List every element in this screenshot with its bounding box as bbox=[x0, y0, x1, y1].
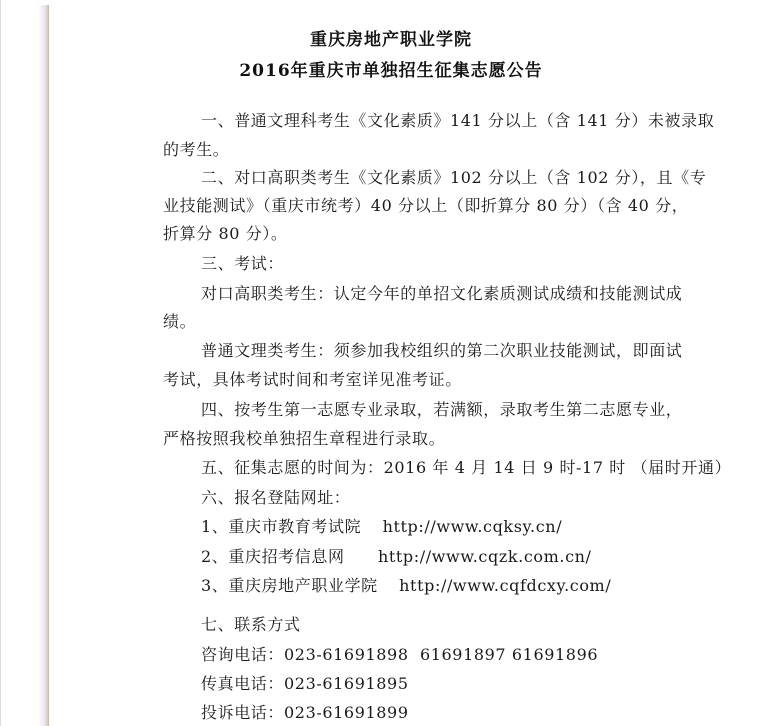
contact-label: 投诉电话： bbox=[201, 703, 284, 722]
website-link-cqfdcxy[interactable]: http://www.cqfdcxy.com/ bbox=[399, 576, 611, 595]
paragraph-line-9: 普通文理类考生：须参加我校组织的第二次职业技能测试，即面试 bbox=[201, 341, 682, 361]
page-shadow-edge bbox=[38, 5, 49, 726]
website-item-1: 1、重庆市教育考试院 http://www.cqksy.cn/ bbox=[201, 517, 562, 537]
website-label: 1、重庆市教育考试院 bbox=[201, 517, 361, 536]
paragraph-line-8: 绩。 bbox=[163, 312, 196, 332]
paragraph-line-10: 考试，具体考试时间和考室详见准考证。 bbox=[163, 370, 462, 390]
contact-fax: 传真电话：023-61691895 bbox=[201, 674, 409, 694]
document-title-school: 重庆房地产职业学院 bbox=[10, 25, 762, 50]
paragraph-line-7: 对口高职类考生：认定今年的单招文化素质测试成绩和技能测试成 bbox=[201, 284, 682, 304]
paragraph-line-time: 五、征集志愿的时间为：2016 年 4 月 14 日 9 时-17 时 （届时开… bbox=[201, 458, 731, 478]
contact-value: 023-61691898 61691897 61691896 bbox=[284, 645, 598, 664]
section-heading-exam: 三、考试： bbox=[201, 254, 284, 274]
website-link-cqzk[interactable]: http://www.cqzk.com.cn/ bbox=[378, 547, 592, 566]
paragraph-line-5: 折算分 80 分）。 bbox=[163, 224, 288, 244]
contact-value: 023-61691899 bbox=[284, 703, 409, 722]
website-label: 2、重庆招考信息网 bbox=[201, 547, 345, 566]
paragraph-line-1: 一、普通文理科考生《文化素质》141 分以上（含 141 分）未被录取 bbox=[201, 111, 714, 131]
document-title-announcement: 2016年重庆市单独招生征集志愿公告 bbox=[10, 56, 762, 81]
contact-label: 咨询电话： bbox=[201, 645, 284, 664]
section-heading-websites: 六、报名登陆网址： bbox=[201, 488, 350, 508]
contact-complaint: 投诉电话：023-61691899 bbox=[201, 703, 409, 723]
paragraph-line-4: 业技能测试》（重庆市统考）40 分以上（即折算分 80 分）（含 40 分， bbox=[163, 196, 688, 216]
website-item-3: 3、重庆房地产职业学院 http://www.cqfdcxy.com/ bbox=[201, 576, 611, 596]
section-heading-contact: 七、联系方式 bbox=[201, 615, 301, 635]
contact-consult: 咨询电话：023-61691898 61691897 61691896 bbox=[201, 645, 598, 665]
paragraph-line-2: 的考生。 bbox=[163, 140, 229, 160]
website-item-2: 2、重庆招考信息网 http://www.cqzk.com.cn/ bbox=[201, 547, 592, 567]
website-link-cqksy[interactable]: http://www.cqksy.cn/ bbox=[383, 517, 563, 536]
paragraph-line-3: 二、对口高职类考生《文化素质》102 分以上（含 102 分），且《专 bbox=[201, 168, 706, 188]
contact-label: 传真电话： bbox=[201, 674, 284, 693]
paragraph-line-12: 严格按照我校单独招生章程进行录取。 bbox=[163, 429, 445, 449]
contact-value: 023-61691895 bbox=[284, 674, 409, 693]
window-left-margin bbox=[0, 0, 39, 726]
website-label: 3、重庆房地产职业学院 bbox=[201, 576, 378, 595]
paragraph-line-11: 四、按考生第一志愿专业录取，若满额，录取考生第二志愿专业， bbox=[201, 400, 682, 420]
